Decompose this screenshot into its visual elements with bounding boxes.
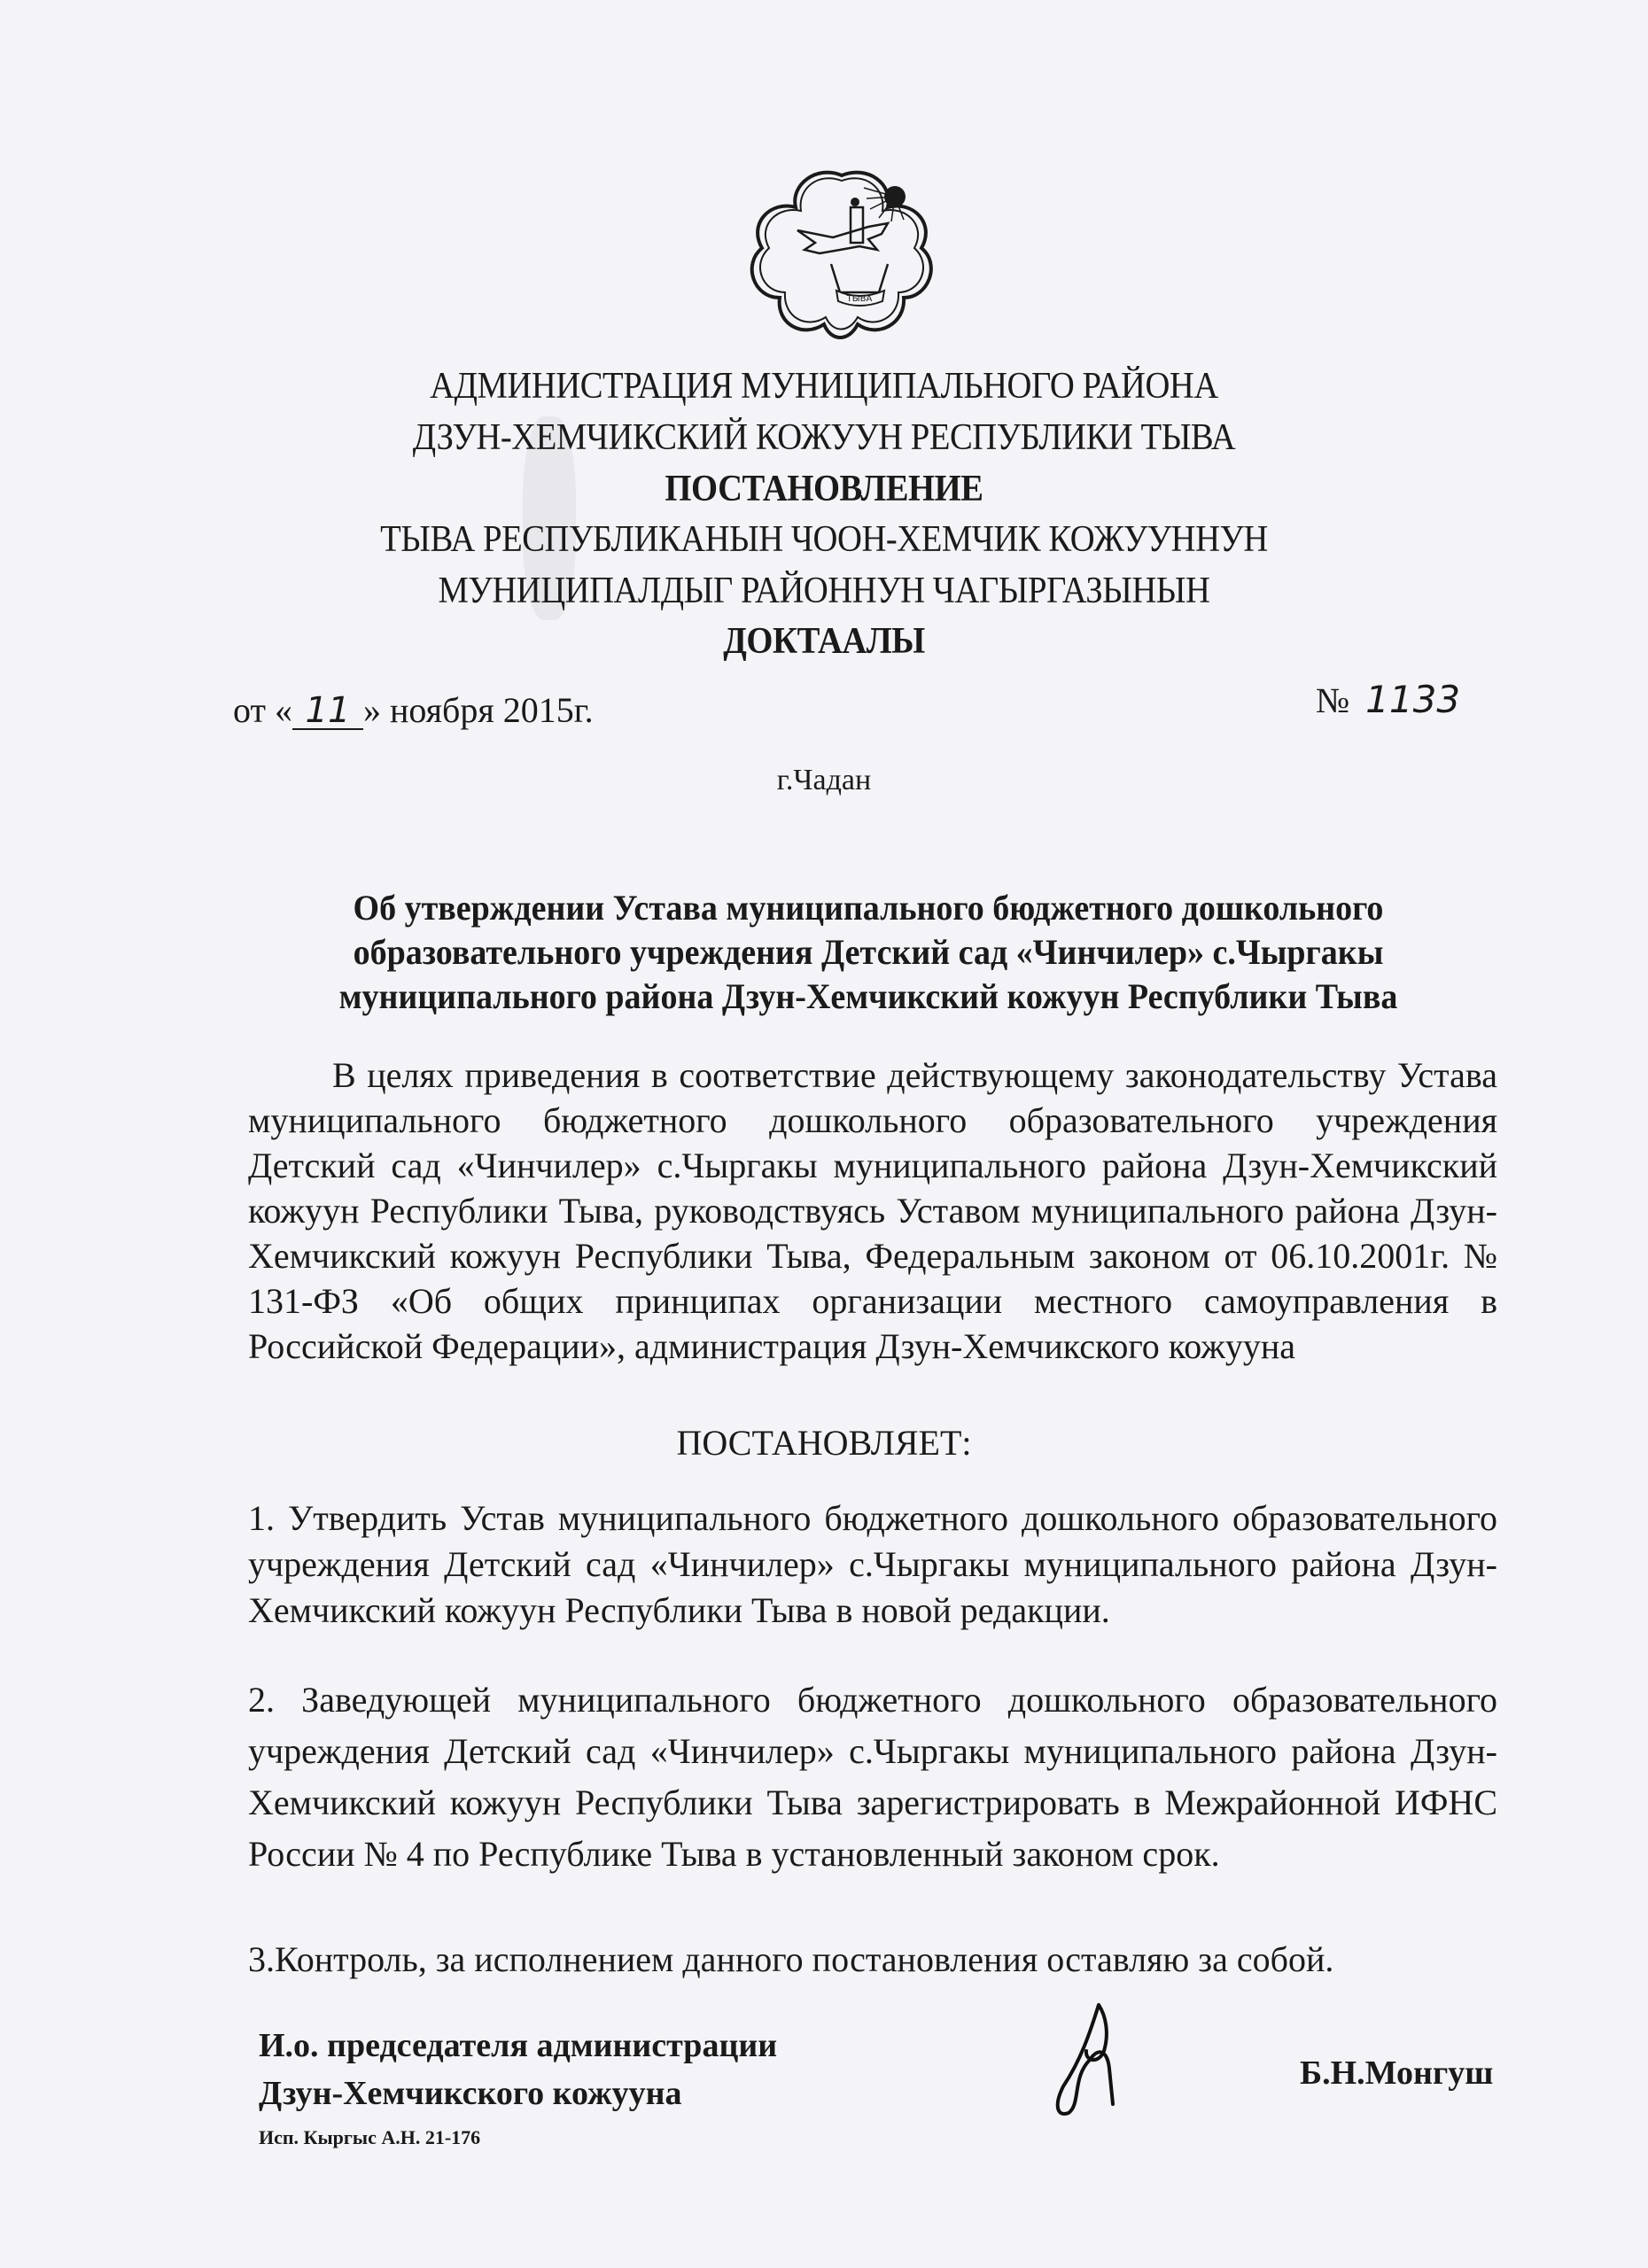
tuva-coat-of-arms-icon: ТЫВА xyxy=(735,168,948,346)
header-line-4: МУНИЦИПАЛДЫГ РАЙОННУН ЧАГЫРГАЗЫНЫН xyxy=(66,570,1582,612)
svg-text:ТЫВА: ТЫВА xyxy=(846,294,873,304)
signatory-position: И.о. председателя администрации Дзун-Хем… xyxy=(259,2022,777,2117)
decree-item-2: 2. Заведующей муниципального бюджетного … xyxy=(248,1674,1497,1880)
document-number: №1133 xyxy=(1316,678,1460,721)
doc-type-tuvan: ДОКТААЛЫ xyxy=(66,620,1582,663)
decree-item-3: 3.Контроль, за исполнением данного поста… xyxy=(248,1937,1497,1983)
signatory-name: Б.Н.Монгуш xyxy=(1300,2054,1493,2093)
document-page: ТЫВА АДМИНИСТРАЦИЯ МУНИЦИПАЛЬНОГО РАЙОНА… xyxy=(0,0,1648,2268)
decree-word: ПОСТАНОВЛЯЕТ: xyxy=(0,1422,1648,1464)
executor-note: Исп. Кыргыс А.Н. 21-176 xyxy=(259,2126,480,2149)
doc-type-russian: ПОСТАНОВЛЕНИЕ xyxy=(66,468,1582,510)
header-line-1: АДМИНИСТРАЦИЯ МУНИЦИПАЛЬНОГО РАЙОНА xyxy=(66,365,1582,408)
header-line-3: ТЫВА РЕСПУБЛИКАНЫН ЧООН-ХЕМЧИК КОЖУУННУН xyxy=(66,518,1582,561)
document-date: от «11» ноября 2015г. xyxy=(233,689,594,731)
document-city: г.Чадан xyxy=(0,764,1648,797)
preamble: В целях приведения в соответствие действ… xyxy=(248,1052,1497,1369)
decree-item-1: 1. Утвердить Устав муниципального бюджет… xyxy=(248,1495,1497,1634)
date-day-handwritten: 11 xyxy=(292,693,363,730)
handwritten-signature-icon xyxy=(1037,1998,1134,2122)
document-title: Об утверждении Устава муниципального бюд… xyxy=(279,886,1458,1019)
header-line-2: ДЗУН-ХЕМЧИКСКИЙ КОЖУУН РЕСПУБЛИКИ ТЫВА xyxy=(66,416,1582,459)
number-handwritten: 1133 xyxy=(1365,678,1460,721)
